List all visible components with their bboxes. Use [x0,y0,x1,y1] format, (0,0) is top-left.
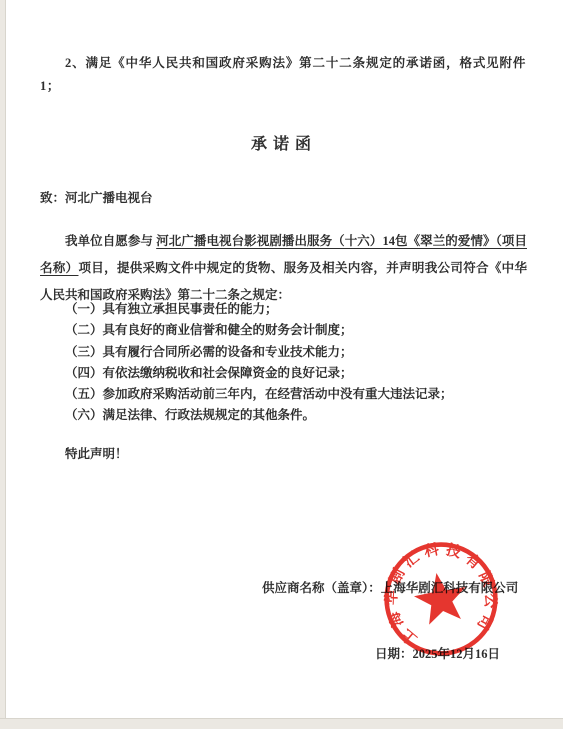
date-line: 日期：2025年12月16日 [375,644,500,662]
supplier-name: 上海华剧汇科技有限公司 [381,581,519,595]
date-value: 2025年12月16日 [413,647,501,661]
clause-item-5: （五）参加政府采购活动前三年内，在经营活动中没有重大违法记录； [40,384,526,405]
declaration-line: 特此声明！ [40,444,128,462]
commitment-paragraph: 我单位自愿参与 河北广播电视台影视剧播出服务（十六）14包《翠兰的爱情》（项目名… [40,228,527,309]
clause-list: （一）具有独立承担民事责任的能力； （二）具有良好的商业信誉和健全的财务会计制度… [40,299,526,427]
clause-item-3: （三）具有履行合同所必需的设备和专业技术能力； [40,342,526,363]
clause-item-2: （二）具有良好的商业信誉和健全的财务会计制度； [40,320,526,341]
clause-item-4: （四）有依法缴纳税收和社会保障资金的良好记录； [40,363,526,384]
intro-paragraph: 2、满足《中华人民共和国政府采购法》第二十二条规定的承诺函，格式见附件1； [40,52,526,98]
letter-title: 承 诺 函 [0,131,563,154]
date-label: 日期： [375,647,413,661]
paragraph-rest: 项目，提供采购文件中规定的货物、服务及相关内容，并声明我公司符合《中华人民共和国… [40,261,527,302]
addressee-line: 致：河北广播电视台 [40,188,153,206]
document-page: 2、满足《中华人民共和国政府采购法》第二十二条规定的承诺函，格式见附件1； 承 … [0,0,563,729]
paragraph-lead: 我单位自愿参与 [65,234,156,248]
clause-item-6: （六）满足法律、行政法规规定的其他条件。 [40,405,526,426]
supplier-label: 供应商名称（盖章）： [262,581,381,595]
page-edge-left [0,0,6,729]
page-edge-bottom [0,718,563,729]
clause-item-1: （一）具有独立承担民事责任的能力； [40,299,526,320]
supplier-signature-line: 供应商名称（盖章）：上海华剧汇科技有限公司 [262,578,518,596]
